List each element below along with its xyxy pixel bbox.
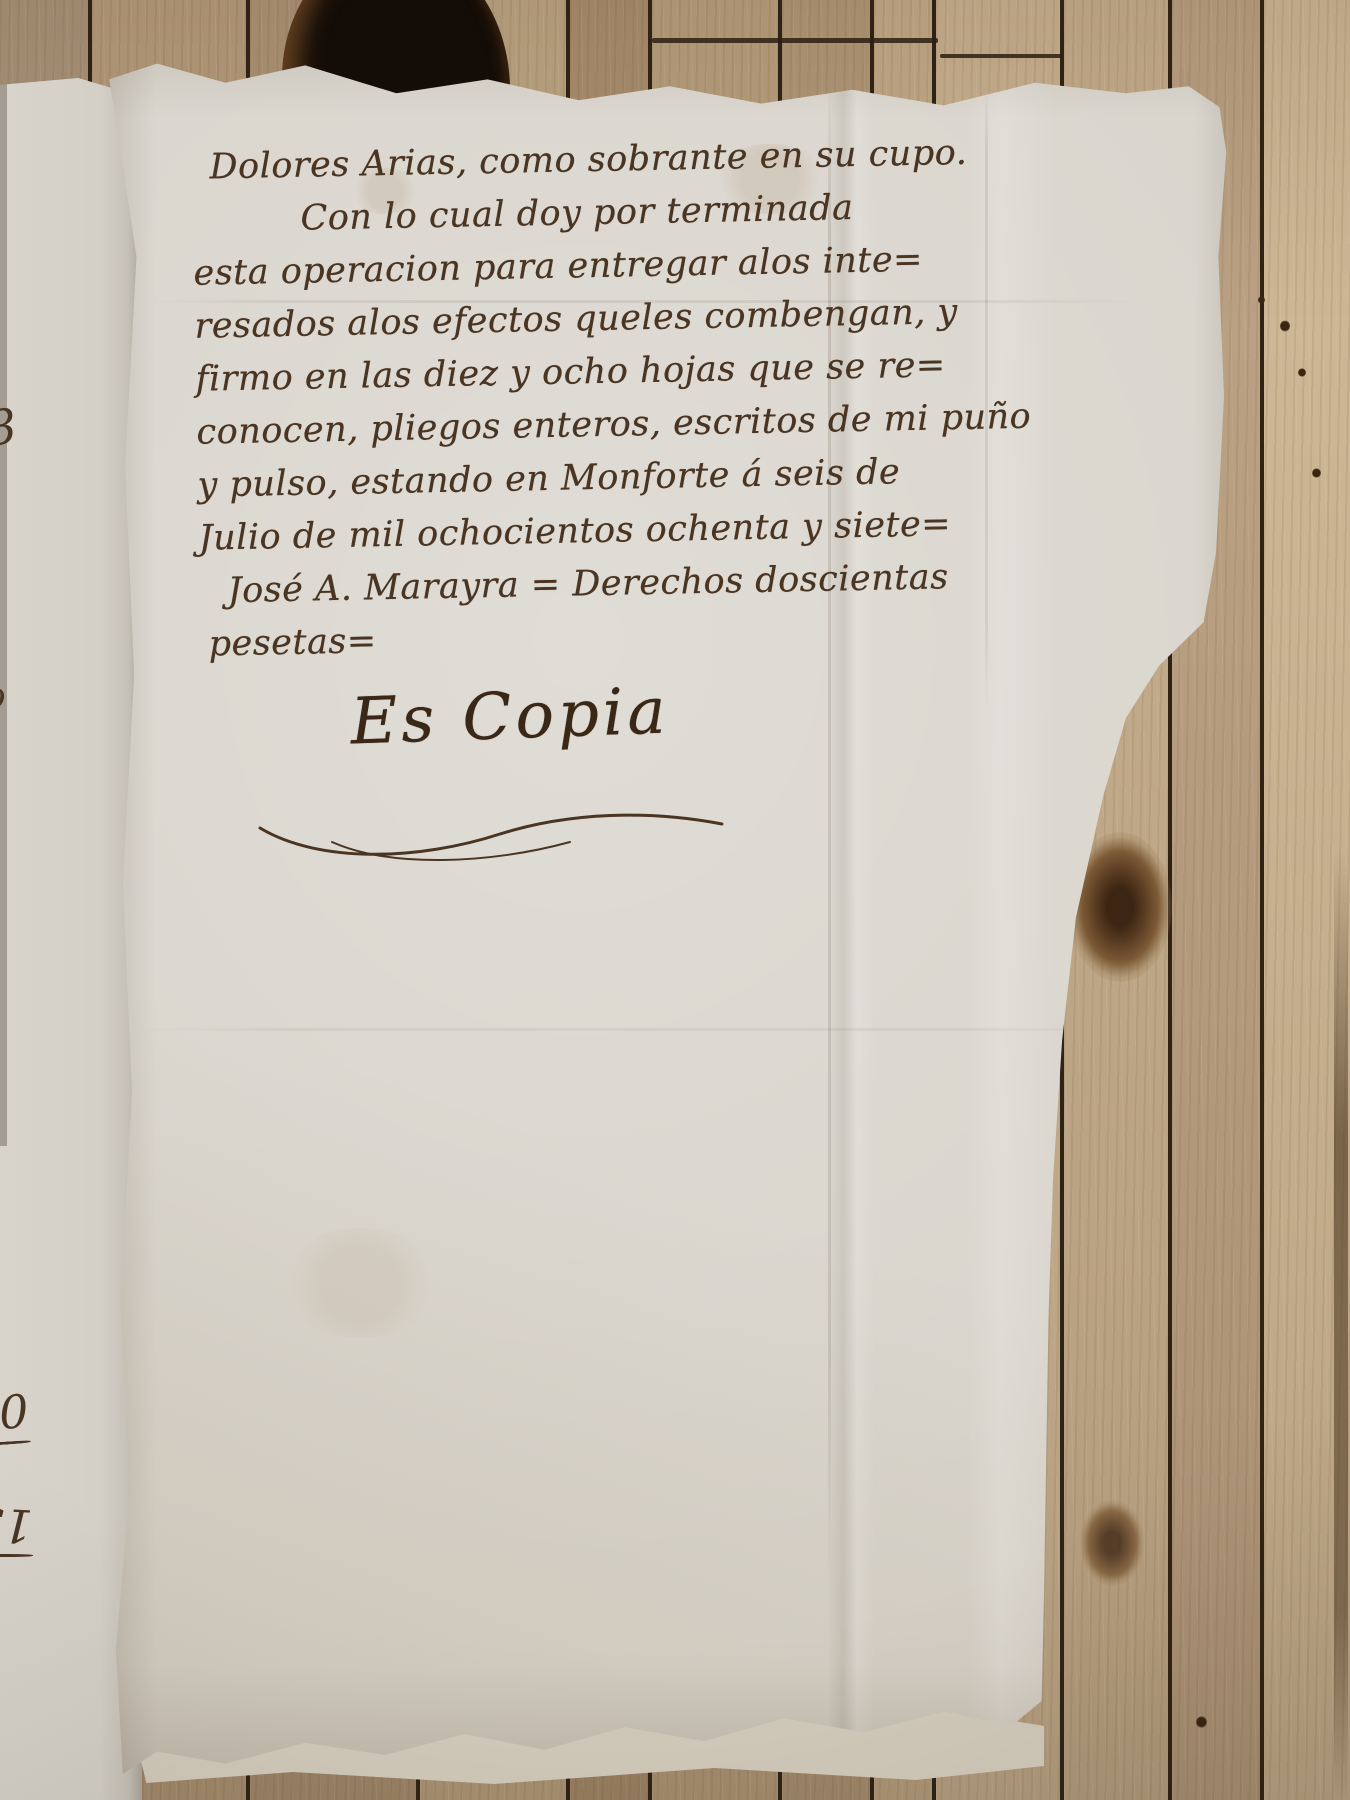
left-page-shadow bbox=[0, 78, 7, 1146]
manuscript-text-block: Dolores Arias, como sobrante en su cupo.… bbox=[191, 126, 1001, 671]
wood-speck bbox=[1258, 296, 1265, 304]
left-page-fragment: 00 bbox=[0, 1384, 31, 1447]
paper-crease bbox=[134, 1028, 1160, 1031]
wood-knot bbox=[1080, 1500, 1144, 1586]
photo-canvas: 8 o 00 13 Dolores Arias, como sobrante e… bbox=[0, 0, 1350, 1800]
wood-speck bbox=[1312, 468, 1321, 478]
left-page-fragment: o bbox=[0, 676, 6, 717]
wood-joint bbox=[940, 54, 1062, 58]
wood-stain-streak bbox=[1334, 850, 1348, 1800]
fragment-underline bbox=[0, 1554, 33, 1557]
fragment-text: 13 bbox=[0, 1497, 34, 1554]
wood-speck bbox=[1298, 368, 1306, 377]
fragment-text: o bbox=[0, 676, 6, 717]
fragment-text: 00 bbox=[0, 1384, 30, 1442]
paper-stain bbox=[280, 1228, 440, 1338]
wood-joint bbox=[652, 38, 938, 43]
signature-flourish bbox=[240, 790, 740, 880]
certification-text: Es Copia bbox=[249, 671, 771, 763]
left-page-fragment: 13 bbox=[0, 1498, 33, 1557]
fragment-text: 8 bbox=[0, 398, 20, 458]
left-page-fragment: 8 bbox=[0, 398, 20, 458]
fragment-underline bbox=[0, 1440, 31, 1447]
left-page: 8 o 00 13 bbox=[0, 78, 142, 1800]
wood-speck bbox=[1280, 320, 1290, 332]
wood-speck bbox=[1196, 1716, 1207, 1728]
